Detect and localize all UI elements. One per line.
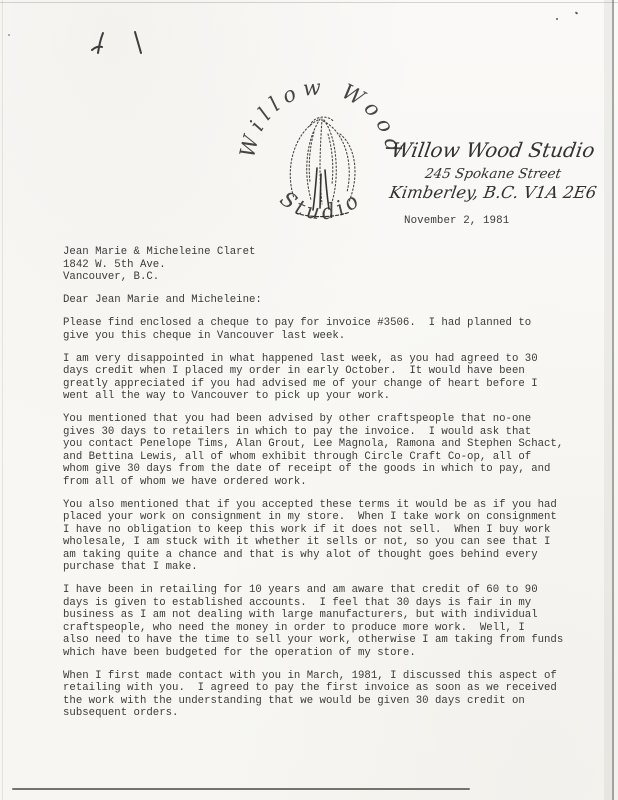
scan-edge-bottom <box>12 788 470 790</box>
scan-edge-left <box>2 0 3 800</box>
scan-speck <box>8 34 10 36</box>
scan-edge-top <box>0 2 618 3</box>
salutation: Dear Jean Marie and Micheleine: <box>63 294 583 307</box>
letter-date: November 2, 1981 <box>404 215 509 227</box>
scan-edge-right-shadow <box>604 0 614 800</box>
recipient-address: Jean Marie & Micheleine Claret 1842 W. 5… <box>63 246 583 284</box>
paragraph: I have been in retailing for 10 years an… <box>63 584 583 659</box>
scan-speck <box>575 11 579 14</box>
scan-speck <box>556 18 558 20</box>
letter-body: Jean Marie & Micheleine Claret 1842 W. 5… <box>63 246 583 730</box>
paragraph: Please find enclosed a cheque to pay for… <box>63 317 583 342</box>
scan-edge-right <box>612 0 614 800</box>
letterhead-city: Kimberley, B.C. V1A 2E6 <box>386 183 599 202</box>
willow-wood-studio-logo: Willow Wood Studio <box>228 82 413 242</box>
letterhead-street: 245 Spokane Street <box>387 166 600 182</box>
letterhead-studio-name: Willow Wood Studio <box>386 138 600 162</box>
paragraph: You mentioned that you had been advised … <box>63 413 583 488</box>
paragraph: I am very disappointed in what happened … <box>63 353 583 403</box>
scanned-letter-page: Willow Wood Studio Willow Wood Studio 24… <box>0 0 618 800</box>
paragraph: You also mentioned that if you accepted … <box>63 499 583 574</box>
handwritten-pen-marks <box>85 25 155 60</box>
logo-arc-top-label: Willow Wood <box>235 82 406 160</box>
paragraph: When I first made contact with you in Ma… <box>63 670 583 720</box>
